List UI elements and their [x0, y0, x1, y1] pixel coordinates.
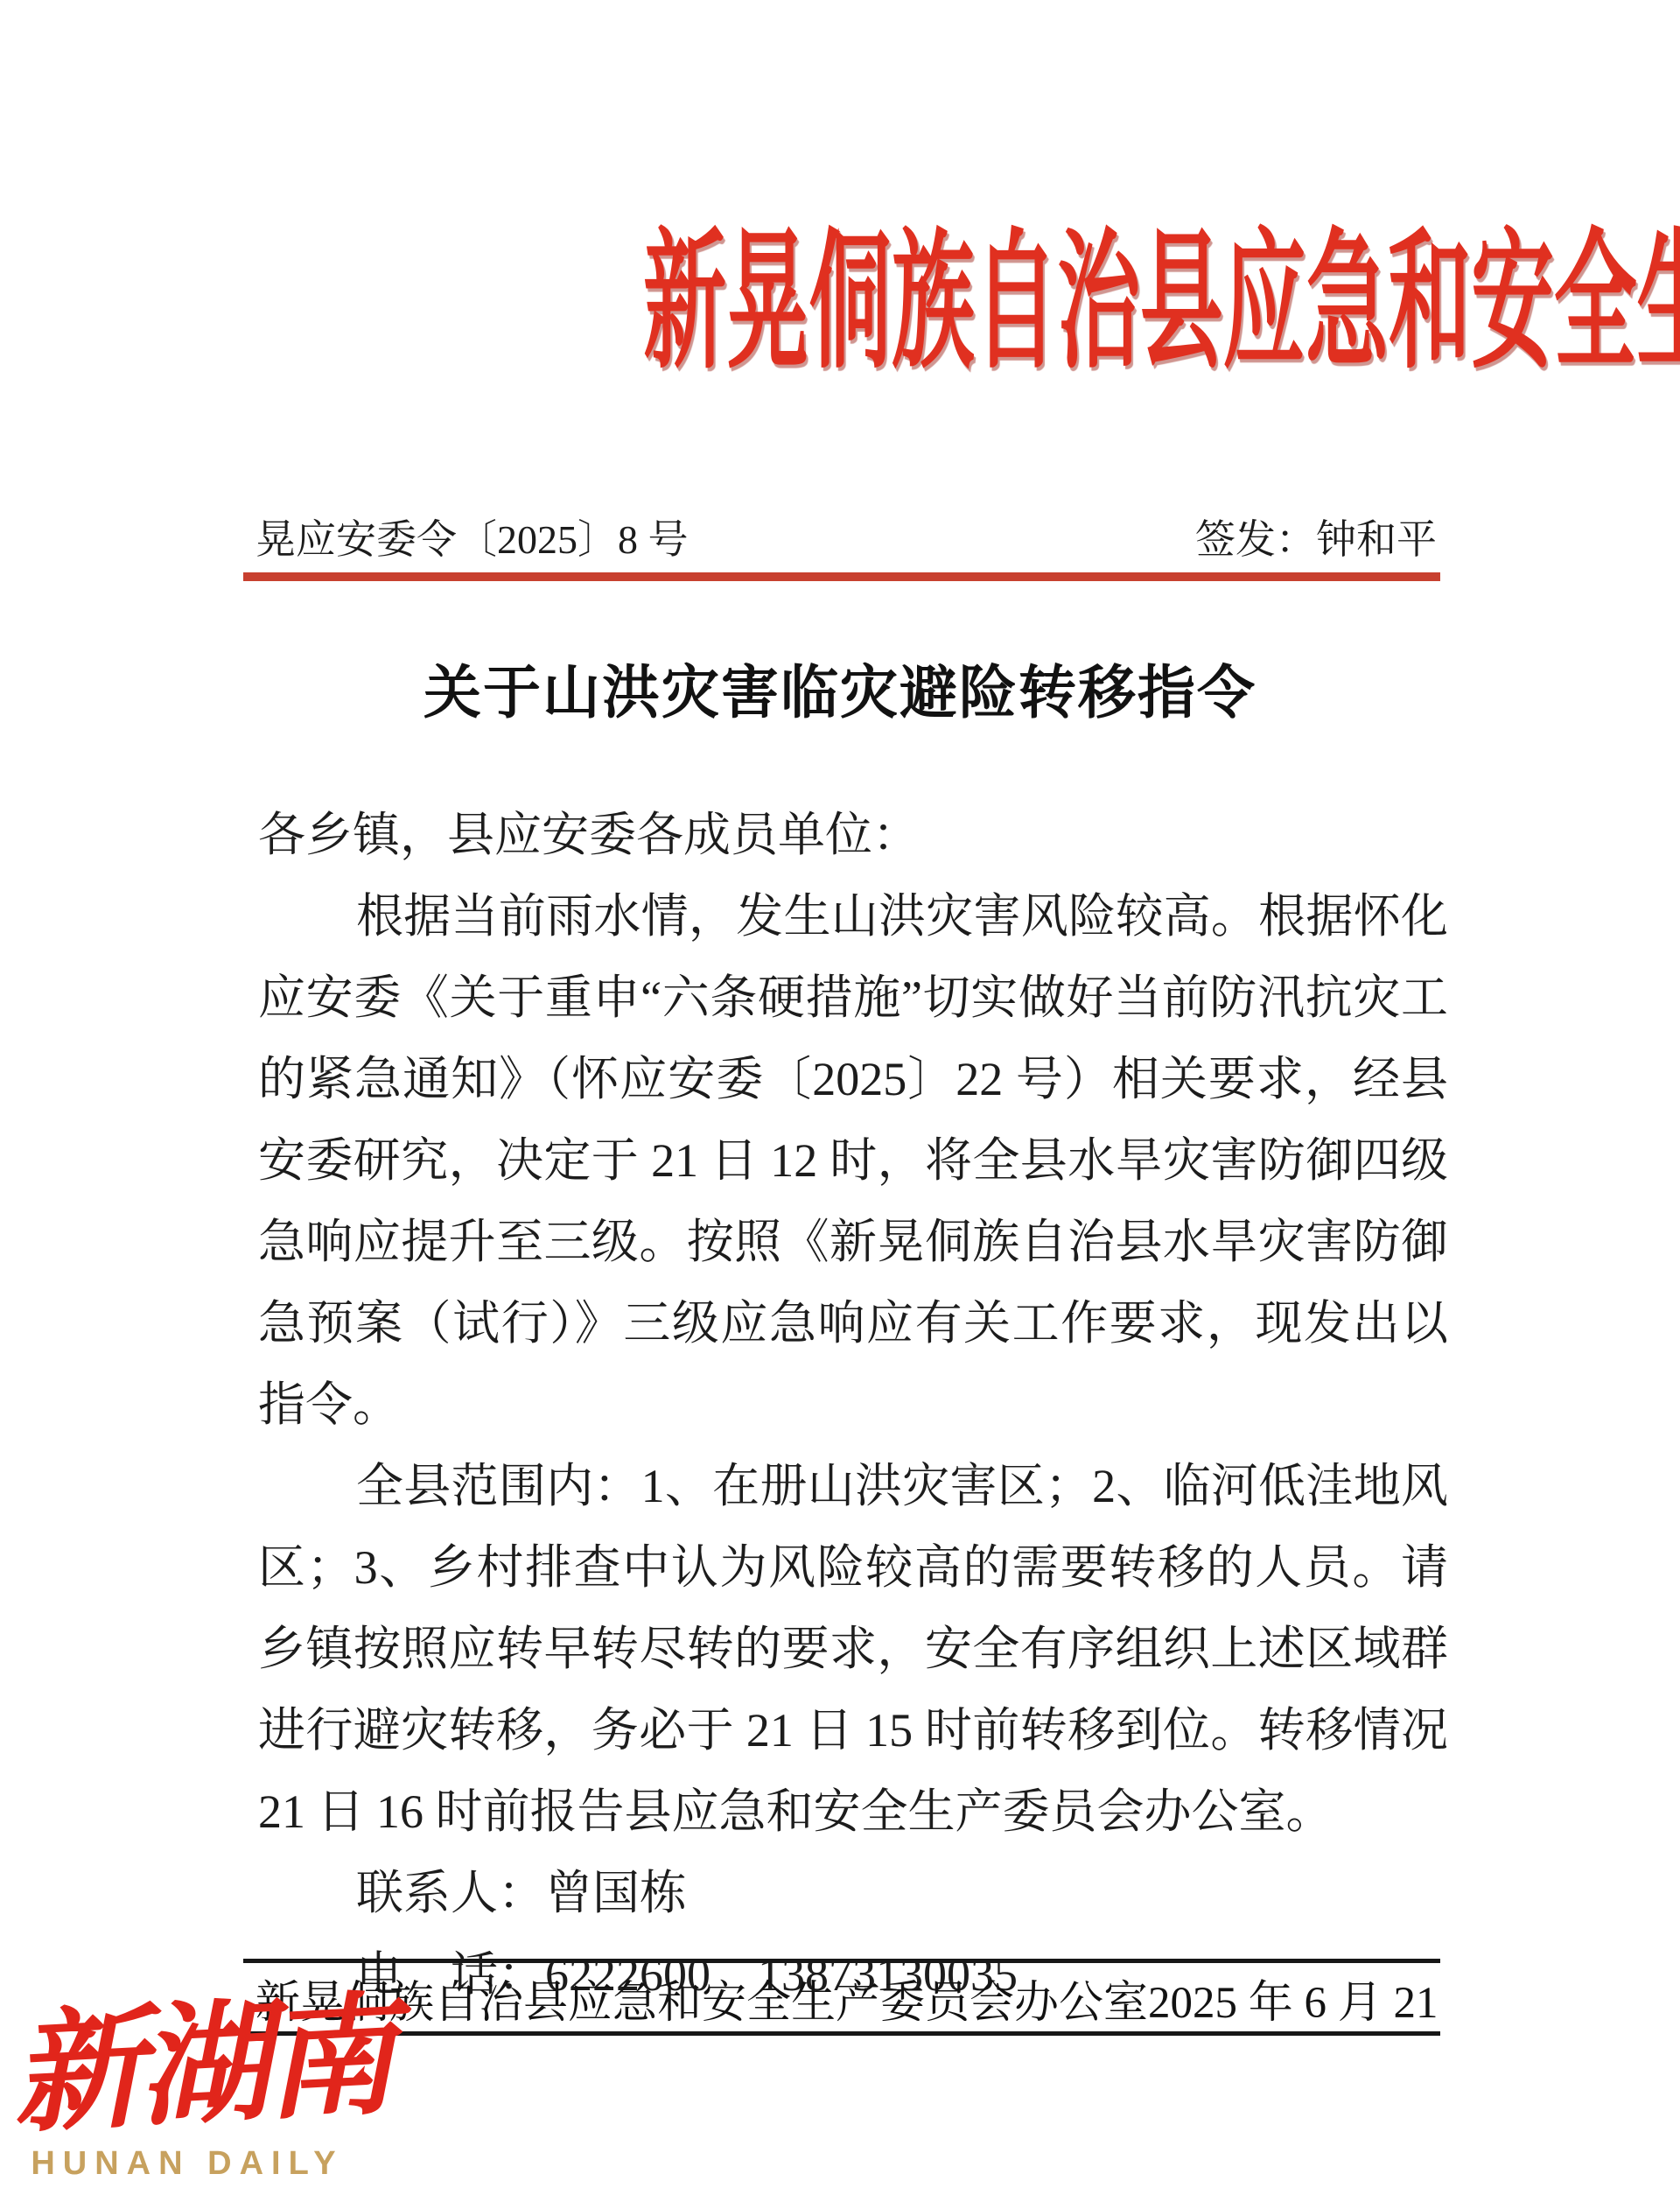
- issuer-signature: 签发：钟和平: [1195, 515, 1437, 565]
- footer-print-date: 2025 年 6 月 21 日 12 时印发: [1148, 1966, 1438, 2030]
- footer-row: 新晃侗族自治县应急和安全生产委员会办公室 2025 年 6 月 21 日 12 …: [255, 1963, 1438, 2033]
- document-number: 晃应安委令〔2025〕8 号: [255, 515, 689, 565]
- document-title: 关于山洪灾害临灾避险转移指令: [0, 663, 1680, 725]
- document-body: 各乡镇，县应安委各成员单位：根据当前雨水情，发生山洪灾害风险较高。根据怀化市应安…: [258, 795, 1448, 2016]
- body-line: 区；3、乡村排查中认为风险较高的需要转移的人员。请各: [258, 1527, 1448, 1609]
- body-line: 全县范围内：1、在册山洪灾害区；2、临河低洼地风险: [258, 1446, 1448, 1527]
- letterhead-title: 新晃侗族自治县应急和安全生产委员会指令: [0, 219, 1680, 394]
- body-line: 安委研究，决定于 21 日 12 时，将全县水旱灾害防御四级应: [258, 1120, 1448, 1202]
- red-separator-line: [243, 572, 1440, 581]
- body-line: 的紧急通知》（怀应安委〔2025〕22 号）相关要求，经县应: [258, 1039, 1448, 1120]
- logo-english-text: HUNAN DAILY: [12, 2144, 362, 2183]
- document-page: 新晃侗族自治县应急和安全生产委员会指令 晃应安委令〔2025〕8 号 签发：钟和…: [0, 0, 1680, 2188]
- body-line: 急响应提升至三级。按照《新晃侗族自治县水旱灾害防御应: [258, 1202, 1448, 1283]
- body-line: 应安委《关于重申“六条硬措施”切实做好当前防汛抗灾工作: [258, 957, 1448, 1039]
- body-line: 进行避灾转移，务必于 21 日 15 时前转移到位。转移情况在: [258, 1690, 1448, 1771]
- body-line: 急预案（试行）》三级应急响应有关工作要求，现发出以下: [258, 1283, 1448, 1364]
- body-line: 联系人：曾国栋: [258, 1853, 1448, 1934]
- body-line: 各乡镇，县应安委各成员单位：: [258, 795, 1448, 876]
- footer-office: 新晃侗族自治县应急和安全生产委员会办公室: [255, 1966, 1148, 2030]
- document-number-row: 晃应安委令〔2025〕8 号 签发：钟和平: [255, 515, 1437, 565]
- body-line: 乡镇按照应转早转尽转的要求，安全有序组织上述区域群众: [258, 1609, 1448, 1690]
- body-line: 21 日 16 时前报告县应急和安全生产委员会办公室。: [258, 1771, 1448, 1853]
- footer-bottom-rule: [243, 2031, 1440, 2036]
- logo-chinese-text: 新湖南: [9, 1988, 366, 2147]
- body-line: 指令。: [258, 1364, 1448, 1446]
- letterhead-title-text: 新晃侗族自治县应急和安全生产委员会指令: [643, 219, 1680, 389]
- hunan-daily-logo: 新湖南 HUNAN DAILY: [12, 1997, 362, 2183]
- body-line: 根据当前雨水情，发生山洪灾害风险较高。根据怀化市: [258, 876, 1448, 957]
